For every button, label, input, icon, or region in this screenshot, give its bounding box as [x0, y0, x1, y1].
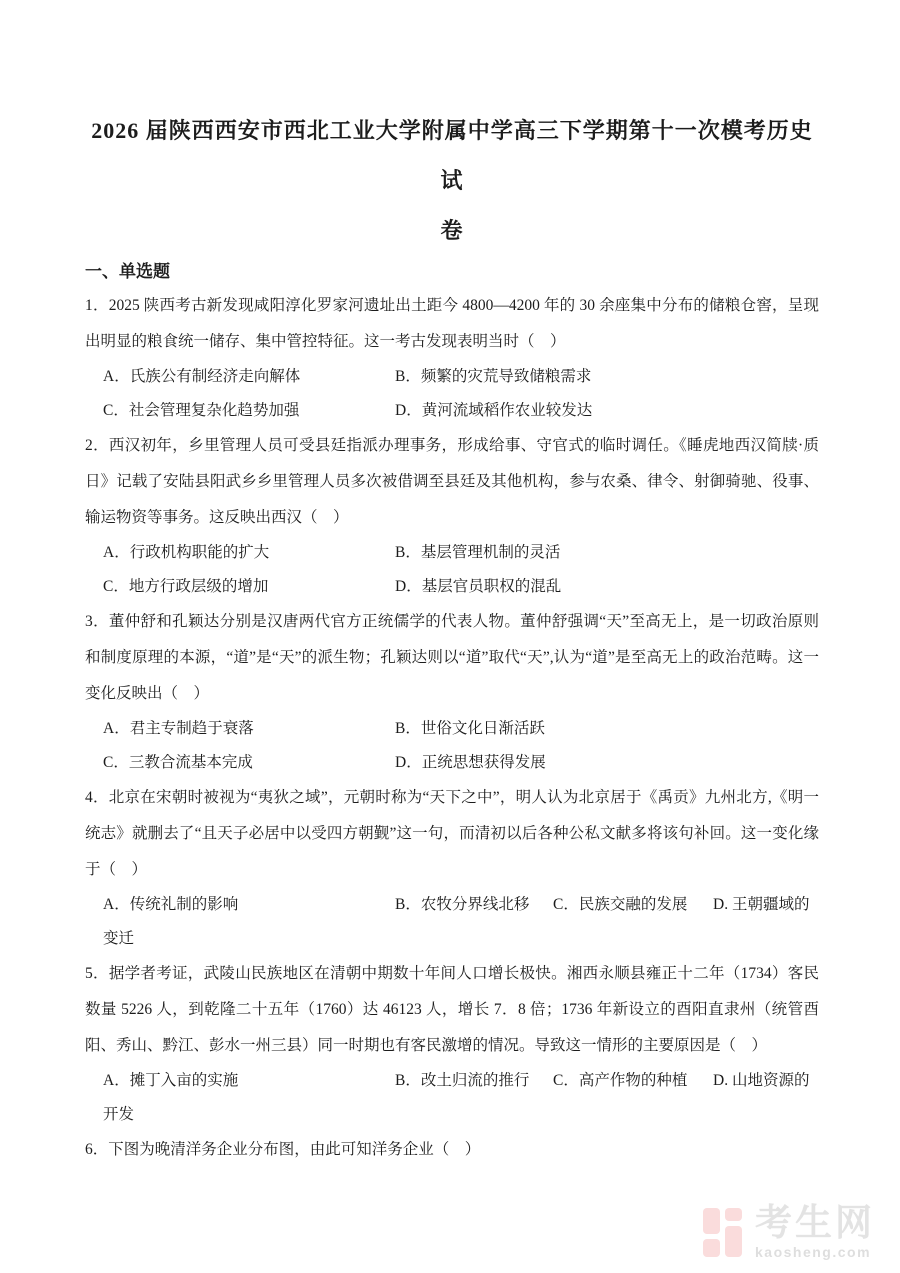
question-1-line-1: 1．2025 陕西考古新发现咸阳淳化罗家河遗址出土距今 4800—4200 年的… — [85, 288, 819, 324]
question-2-option-c: C．地方行政层级的增加 — [103, 570, 395, 604]
question-2-line-3: 输运物资等事务。这反映出西汉（ ） — [85, 500, 819, 536]
question-5-line-1: 5．据学者考证，武陵山民族地区在清朝中期数十年间人口增长极快。湘西永顺县雍正十二… — [85, 956, 819, 992]
question-4-option-b: B．农牧分界线北移 — [395, 888, 553, 922]
question-4-option-d: D. 王朝疆域的 — [713, 896, 809, 913]
question-2-options-row-2: C．地方行政层级的增加D．基层官员职权的混乱 — [85, 570, 819, 604]
question-3-option-c: C．三教合流基本完成 — [103, 746, 395, 780]
logo-block-bottom-left — [703, 1239, 720, 1257]
question-1-option-d: D．黄河流域稻作农业较发达 — [395, 402, 592, 419]
question-3-option-d: D．正统思想获得发展 — [395, 754, 546, 771]
question-5-option-c: C．高产作物的种植 — [553, 1064, 713, 1098]
question-1-option-b: B．频繁的灾荒导致储粮需求 — [395, 368, 591, 385]
question-3-line-1: 3．董仲舒和孔颖达分别是汉唐两代官方正统儒学的代表人物。董仲舒强调“天”至高无上… — [85, 604, 819, 640]
logo-block-top-left — [703, 1208, 720, 1234]
question-4-line-1: 4．北京在宋朝时被视为“夷狄之域”，元朝时称为“天下之中”，明人认为北京居于《禹… — [85, 780, 819, 816]
question-2: 2．西汉初年，乡里管理人员可受县廷指派办理事务，形成给事、守官式的临时调任。《睡… — [85, 428, 819, 604]
question-5-option-d: D. 山地资源的 — [713, 1072, 809, 1089]
question-3-options-row-2: C．三教合流基本完成D．正统思想获得发展 — [85, 746, 819, 780]
question-2-line-2: 日》记载了安陆县阳武乡乡里管理人员多次被借调至县廷及其他机构，参与农桑、律令、射… — [85, 464, 819, 500]
question-2-options-row-1: A．行政机构职能的扩大B．基层管理机制的灵活 — [85, 536, 819, 570]
question-4-line-3: 于（ ） — [85, 852, 819, 888]
logo-block-top-right — [725, 1208, 742, 1221]
exam-title-line-1: 2026 届陕西西安市西北工业大学附属中学高三下学期第十一次模考历史试 — [85, 106, 819, 206]
question-4-line-2: 统志》就删去了“且天子必居中以受四方朝觐”这一句，而清初以后各种公私文献多将该句… — [85, 816, 819, 852]
question-5-options-row: A．摊丁入亩的实施B．改土归流的推行C．高产作物的种植D. 山地资源的 — [85, 1064, 819, 1098]
question-2-option-a: A．行政机构职能的扩大 — [103, 536, 395, 570]
question-5-option-b: B．改土归流的推行 — [395, 1064, 553, 1098]
question-3-option-a: A．君主专制趋于衰落 — [103, 712, 395, 746]
question-3-line-2: 和制度原理的本源，“道”是“天”的派生物；孔颖达则以“道”取代“天”,认为“道”… — [85, 640, 819, 676]
question-3: 3．董仲舒和孔颖达分别是汉唐两代官方正统儒学的代表人物。董仲舒强调“天”至高无上… — [85, 604, 819, 780]
question-4: 4．北京在宋朝时被视为“夷狄之域”，元朝时称为“天下之中”，明人认为北京居于《禹… — [85, 780, 819, 956]
watermark-text: 考生网 kaosheng.com — [755, 1203, 875, 1261]
question-5-line-3: 阳、秀山、黔江、彭水一州三县）同一时期也有客民激增的情况。导致这一情形的主要原因… — [85, 1028, 819, 1064]
question-5-option-d-wrap: 开发 — [85, 1098, 819, 1132]
question-2-option-b: B．基层管理机制的灵活 — [395, 544, 560, 561]
exam-title-line-2: 卷 — [85, 206, 819, 256]
exam-title: 2026 届陕西西安市西北工业大学附属中学高三下学期第十一次模考历史试 卷 — [85, 106, 819, 256]
question-1: 1．2025 陕西考古新发现咸阳淳化罗家河遗址出土距今 4800—4200 年的… — [85, 288, 819, 428]
question-2-line-1: 2．西汉初年，乡里管理人员可受县廷指派办理事务，形成给事、守官式的临时调任。《睡… — [85, 428, 819, 464]
exam-page: 2026 届陕西西安市西北工业大学附属中学高三下学期第十一次模考历史试 卷 一、… — [85, 0, 819, 1168]
question-3-line-3: 变化反映出（ ） — [85, 676, 819, 712]
question-4-option-a: A．传统礼制的影响 — [103, 888, 395, 922]
question-3-option-b: B．世俗文化日渐活跃 — [395, 720, 545, 737]
kaosheng-logo-icon — [703, 1208, 743, 1258]
question-1-options-row-1: A．氏族公有制经济走向解体B．频繁的灾荒导致储粮需求 — [85, 360, 819, 394]
question-1-option-a: A．氏族公有制经济走向解体 — [103, 360, 395, 394]
question-3-options-row-1: A．君主专制趋于衰落B．世俗文化日渐活跃 — [85, 712, 819, 746]
kaosheng-watermark: 考生网 kaosheng.com — [703, 1203, 893, 1267]
question-5-option-a: A．摊丁入亩的实施 — [103, 1064, 395, 1098]
question-1-option-c: C．社会管理复杂化趋势加强 — [103, 394, 395, 428]
question-1-line-2: 出明显的粮食统一储存、集中管控特征。这一考古发现表明当时（ ） — [85, 324, 819, 360]
question-4-option-c: C．民族交融的发展 — [553, 888, 713, 922]
question-6: 6．下图为晚清洋务企业分布图，由此可知洋务企业（ ） — [85, 1132, 819, 1168]
watermark-brand: 考生网 — [755, 1203, 875, 1243]
section-heading-single-choice: 一、单选题 — [85, 256, 819, 288]
watermark-domain: kaosheng.com — [755, 1243, 875, 1261]
question-2-option-d: D．基层官员职权的混乱 — [395, 578, 561, 595]
question-4-option-d-wrap: 变迁 — [85, 922, 819, 956]
question-5: 5．据学者考证，武陵山民族地区在清朝中期数十年间人口增长极快。湘西永顺县雍正十二… — [85, 956, 819, 1132]
question-4-options-row: A．传统礼制的影响B．农牧分界线北移C．民族交融的发展D. 王朝疆域的 — [85, 888, 819, 922]
logo-block-bottom-right — [725, 1226, 742, 1257]
question-5-line-2: 数量 5226 人，到乾隆二十五年（1760）达 46123 人，增长 7．8 … — [85, 992, 819, 1028]
question-1-options-row-2: C．社会管理复杂化趋势加强D．黄河流域稻作农业较发达 — [85, 394, 819, 428]
question-6-line-1: 6．下图为晚清洋务企业分布图，由此可知洋务企业（ ） — [85, 1132, 819, 1168]
